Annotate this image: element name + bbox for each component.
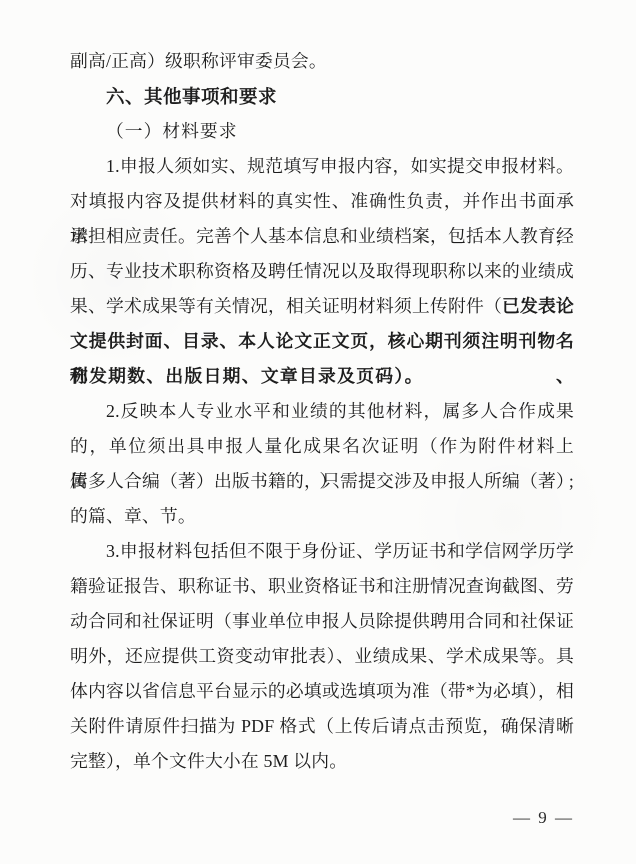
text-line: 3.申报材料包括但不限于身份证、学历证书和学信网学历学 [70,534,574,569]
text-line: 的篇、章、节。 [70,499,574,534]
page-number: — 9 — [513,805,574,831]
paragraph-2: 2.反映本人专业水平和业绩的其他材料，属多人合作成果 的，单位须出具申报人量化成… [70,394,574,534]
text-line: 动合同和社保证明（事业单位申报人员除提供聘用合同和社保证 [70,604,574,639]
text-line: 承担相应责任。完善个人基本信息和业绩档案，包括本人教育经 [70,219,574,254]
paragraph-1: 1.申报人须如实、规范填写申报内容，如实提交申报材料。 对填报内容及提供材料的真… [70,149,574,394]
document-page: 副高/正高）级职称评审委员会。 六、其他事项和要求 （一）材料要求 1.申报人须… [0,0,636,864]
text-line: 果、学术成果等有关情况，相关证明材料须上传附件（已发表论 [70,289,574,324]
sub-heading: （一）材料要求 [70,114,574,149]
text-line: 明外，还应提供工资变动审批表）、业绩成果、学术成果等。具 [70,639,574,674]
text-line: 对填报内容及提供材料的真实性、准确性负责，并作出书面承诺， [70,184,574,219]
paragraph-3: 3.申报材料包括但不限于身份证、学历证书和学信网学历学 籍验证报告、职称证书、职… [70,534,574,779]
text-line: 的，单位须出具申报人量化成果名次证明（作为附件材料上传）; [70,429,574,464]
text-line: 关附件请原件扫描为 PDF 格式（上传后请点击预览，确保清晰 [70,709,574,744]
section-heading: 六、其他事项和要求 [70,79,574,114]
text-line: 2.反映本人专业水平和业绩的其他材料，属多人合作成果 [70,394,574,429]
text-line: 属多人合编（著）出版书籍的，只需提交涉及申报人所编（著） [70,464,574,499]
text-line: 籍验证报告、职称证书、职业资格证书和注册情况查询截图、劳 [70,569,574,604]
text-run-regular: 果、学术成果等有关情况，相关证明材料须上传附件（ [70,296,502,316]
document-body: 副高/正高）级职称评审委员会。 六、其他事项和要求 （一）材料要求 1.申报人须… [70,44,574,779]
text-line: 历、专业技术职称资格及聘任情况以及取得现职称以来的业绩成 [70,254,574,289]
text-line-intro: 副高/正高）级职称评审委员会。 [70,44,574,79]
text-line: 1.申报人须如实、规范填写申报内容，如实提交申报材料。 [70,149,574,184]
text-line: 文提供封面、目录、本人论文正文页，核心期刊须注明刊物名称、 [70,324,574,359]
text-line: 完整），单个文件大小在 5M 以内。 [70,744,574,779]
text-run-bold: 已发表论 [502,296,574,316]
text-line: 体内容以省信息平台显示的必填或选填项为准（带*为必填），相 [70,674,574,709]
